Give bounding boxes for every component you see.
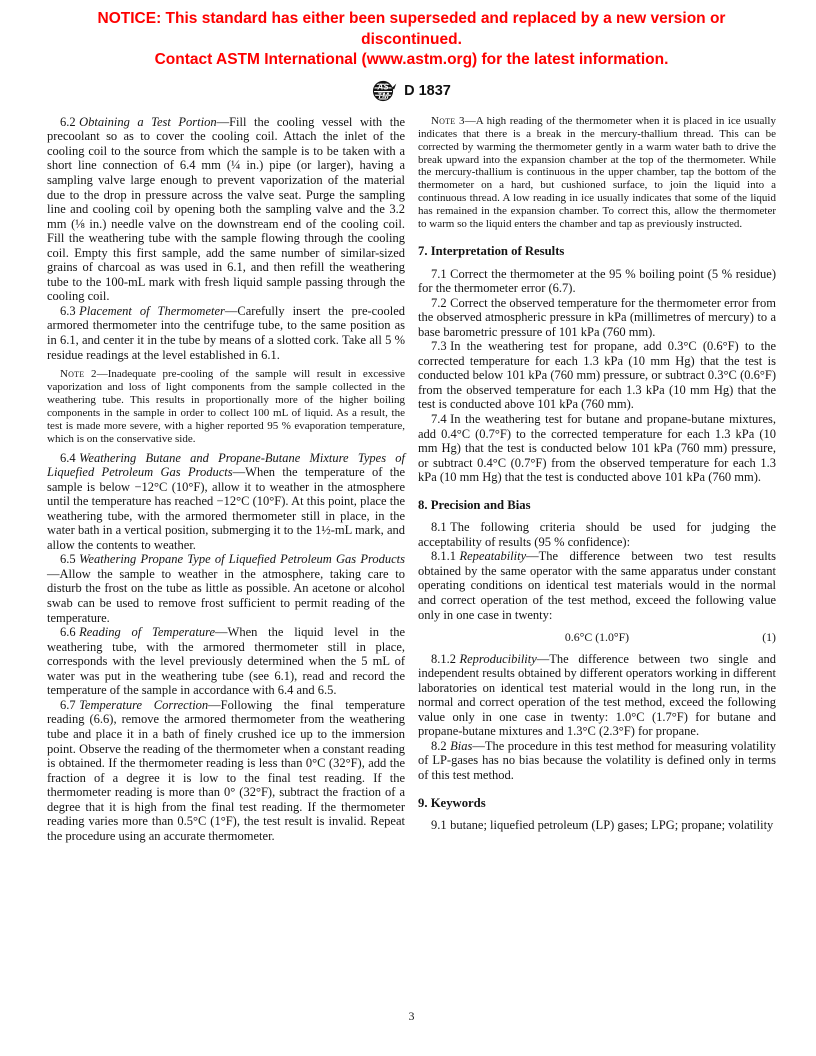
heading-keywords: 9. Keywords (418, 796, 776, 811)
page-number: 3 (409, 1009, 415, 1023)
section-number: 6.3 (60, 304, 76, 318)
section-number: 8.1.1 (431, 549, 456, 563)
left-column: 6.2Obtaining a Test Portion—Fill the coo… (47, 115, 405, 844)
notice-line-2: Contact ASTM International (www.astm.org… (47, 50, 776, 71)
section-number: 6.7 (60, 698, 76, 712)
section-text: —Following the final temperature reading… (47, 698, 405, 843)
note-text: —A high reading of the thermometer when … (418, 115, 776, 230)
right-column: Note 3—A high reading of the thermometer… (418, 115, 776, 844)
paragraph-7-3: 7.3In the weathering test for propane, a… (418, 339, 776, 412)
section-title: Reproducibility (460, 652, 537, 666)
section-text: Correct the observed temperature for the… (418, 296, 776, 339)
page-header: NOTICE: This standard has either been su… (47, 9, 776, 104)
paragraph-6-7: 6.7Temperature Correction—Following the … (47, 698, 405, 843)
section-number: 8.2 (431, 739, 447, 753)
section-number: 6.2 (60, 115, 76, 129)
superseded-notice: NOTICE: This standard has either been su… (47, 9, 776, 71)
paragraph-9-1: 9.1butane; liquefied petroleum (LP) gase… (418, 818, 776, 833)
document-page: NOTICE: This standard has either been su… (0, 0, 816, 1056)
section-number: 6.5 (60, 552, 76, 566)
section-number: 7.3 (431, 339, 447, 353)
section-number: 8.1 (431, 520, 447, 534)
paragraph-6-5: 6.5Weathering Propane Type of Liquefied … (47, 552, 405, 625)
section-text: Correct the thermometer at the 95 % boil… (418, 267, 776, 296)
section-number: 7.1 (431, 267, 447, 281)
section-number: 7.4 (431, 412, 447, 426)
note-label: Note 2 (60, 368, 97, 380)
section-number: 9.1 (431, 818, 447, 832)
section-title: Placement of Thermometer (79, 304, 225, 318)
svg-text:AS: AS (377, 83, 390, 92)
section-title: Reading of Temperature (79, 625, 215, 639)
paragraph-8-1: 8.1The following criteria should be used… (418, 520, 776, 549)
section-number: 7.2 (431, 296, 447, 310)
paragraph-8-1-2: 8.1.2Reproducibility—The difference betw… (418, 652, 776, 739)
document-identifier: AS TM D 1837 (47, 79, 776, 104)
heading-precision-and-bias: 8. Precision and Bias (418, 498, 776, 513)
paragraph-6-4: 6.4Weathering Butane and Propane-Butane … (47, 451, 405, 553)
paragraph-7-4: 7.4In the weathering test for butane and… (418, 412, 776, 485)
equation-1: 0.6°C (1.0°F) (1) (418, 630, 776, 645)
section-text: —Allow the sample to weather in the atmo… (47, 567, 405, 625)
section-text: In the weathering test for propane, add … (418, 339, 776, 411)
equation-formula: 0.6°C (1.0°F) (565, 630, 629, 644)
note-2: Note 2—Inadequate pre-cooling of the sam… (47, 368, 405, 445)
paragraph-6-6: 6.6Reading of Temperature—When the liqui… (47, 625, 405, 698)
note-text: —Inadequate pre-cooling of the sample wi… (47, 368, 405, 445)
section-text: The following criteria should be used fo… (418, 520, 776, 549)
heading-interpretation-of-results: 7. Interpretation of Results (418, 244, 776, 259)
paragraph-7-1: 7.1Correct the thermometer at the 95 % b… (418, 267, 776, 296)
document-body: 6.2Obtaining a Test Portion—Fill the coo… (47, 115, 776, 844)
equation-number: (1) (762, 630, 776, 645)
paragraph-8-1-1: 8.1.1Repeatability—The difference betwee… (418, 549, 776, 622)
section-number: 6.6 (60, 625, 76, 639)
astm-logo-icon: AS TM (372, 79, 397, 103)
section-text: butane; liquefied petroleum (LP) gases; … (450, 818, 773, 832)
paragraph-6-3: 6.3Placement of Thermometer—Carefully in… (47, 304, 405, 362)
paragraph-7-2: 7.2Correct the observed temperature for … (418, 296, 776, 340)
section-title: Temperature Correction (79, 698, 208, 712)
document-number: D 1837 (404, 83, 451, 99)
section-number: 8.1.2 (431, 652, 456, 666)
page-footer: 3 (47, 1009, 776, 1024)
section-title: Obtaining a Test Portion (79, 115, 216, 129)
paragraph-8-2: 8.2Bias—The procedure in this test metho… (418, 739, 776, 783)
section-text: —The procedure in this test method for m… (418, 739, 776, 782)
section-title: Bias (450, 739, 472, 753)
paragraph-6-2: 6.2Obtaining a Test Portion—Fill the coo… (47, 115, 405, 304)
section-text: —Fill the cooling vessel with the precoo… (47, 115, 405, 304)
note-3: Note 3—A high reading of the thermometer… (418, 115, 776, 231)
note-label: Note 3 (431, 115, 465, 127)
section-title: Weathering Propane Type of Liquefied Pet… (79, 552, 405, 566)
notice-line-1: NOTICE: This standard has either been su… (47, 9, 776, 50)
section-number: 6.4 (60, 451, 76, 465)
section-title: Repeatability (460, 549, 527, 563)
section-text: In the weathering test for butane and pr… (418, 412, 776, 484)
